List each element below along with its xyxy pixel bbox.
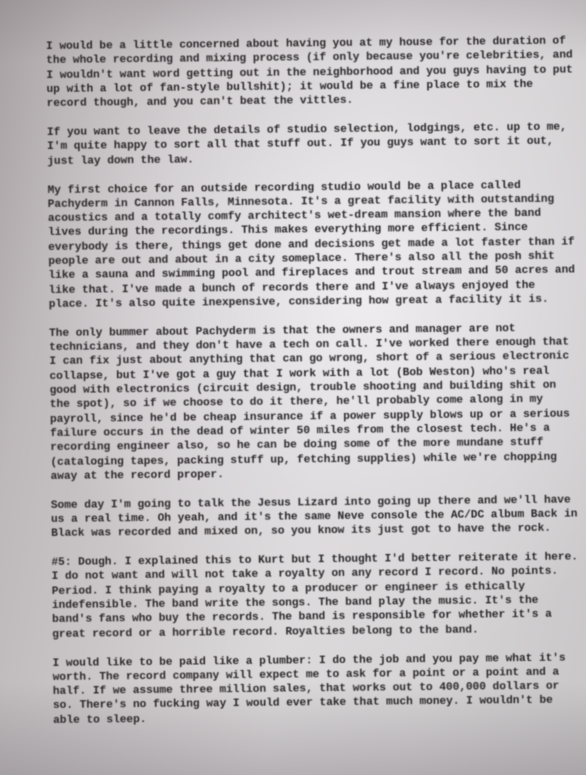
- paper-page: I would be a little concerned about havi…: [0, 0, 586, 775]
- paragraph-7: I would like to be paid like a plumber: …: [52, 651, 573, 728]
- paragraph-3: My first choice for an outside recording…: [48, 178, 569, 312]
- paragraph-1: I would be a little concerned about havi…: [46, 35, 567, 112]
- paragraph-5: Some day I'm going to talk the Jesus Liz…: [51, 493, 571, 541]
- paragraph-2: If you want to leave the details of stud…: [47, 121, 567, 169]
- paragraph-6: #5: Dough. I explained this to Kurt but …: [51, 551, 572, 642]
- paragraph-4: The only bummer about Pachyderm is that …: [49, 321, 571, 484]
- typewritten-body: I would be a little concerned about havi…: [46, 35, 573, 743]
